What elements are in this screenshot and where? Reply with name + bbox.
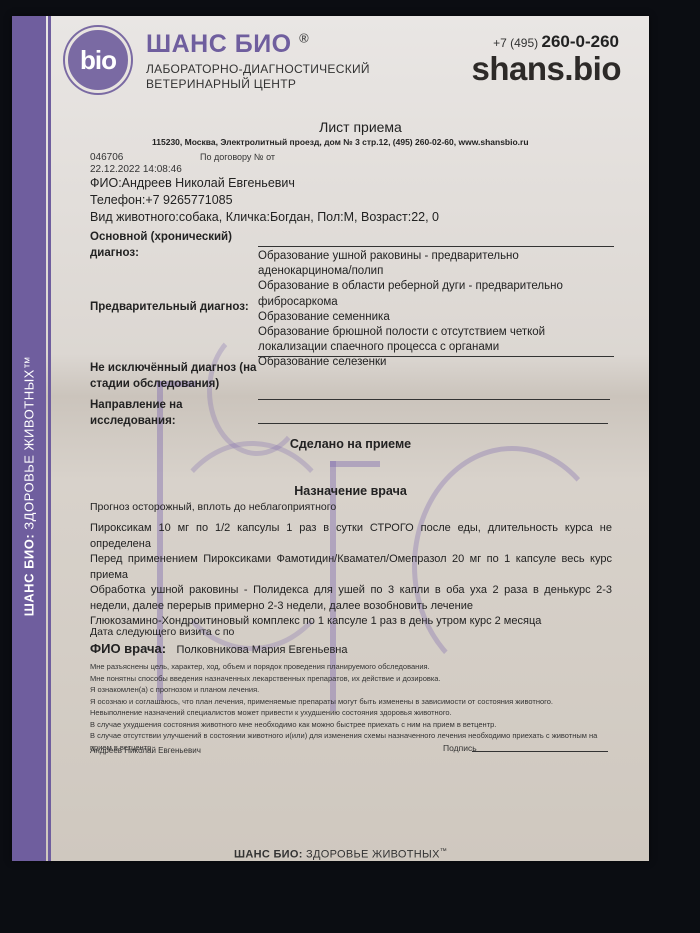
prognosis: Прогноз осторожный, вплоть до неблагопри… xyxy=(90,500,612,516)
consent-line: В случае ухудшения состояния животного м… xyxy=(90,719,620,731)
preliminary-diagnosis-list: Образование ушной раковины - предварител… xyxy=(258,249,612,371)
not-excluded-diagnosis-line xyxy=(258,399,610,400)
prescription-item: Перед применением Пироксиками Фамотидин/… xyxy=(90,552,612,583)
main-diagnosis-line xyxy=(258,246,614,247)
diagnosis-item: Образование семенника xyxy=(258,310,612,325)
clinic-website: shans.bio xyxy=(471,50,621,88)
document-number: 046706 xyxy=(90,152,123,163)
referral-label: Направление на исследования: xyxy=(90,397,200,429)
prescription-item: Обработка ушной раковины - Полидекса для… xyxy=(90,583,612,614)
consent-text: Мне разъяснены цель, характер, ход, объе… xyxy=(90,661,620,753)
consent-line: Мне разъяснены цель, характер, ход, объе… xyxy=(90,661,620,673)
diagnosis-item: Образование ушной раковины - предварител… xyxy=(258,249,612,279)
diagnosis-item: Образование селезенки xyxy=(258,355,612,370)
footer-slogan: ШАНС БИО: ЗДОРОВЬЕ ЖИВОТНЫХ™ xyxy=(234,848,447,861)
animal-info: Вид животного:собака, Кличка:Богдан, Пол… xyxy=(90,210,439,224)
clinic-address: 115230, Москва, Электролитный проезд, до… xyxy=(152,137,529,147)
diagnosis-item: Образование в области реберной дуги - пр… xyxy=(258,279,612,309)
preliminary-diagnosis-line xyxy=(258,356,614,357)
main-diagnosis-label: Основной (хронический) диагноз: xyxy=(90,229,260,261)
document-title: Лист приема xyxy=(12,119,649,135)
watermark-shape xyxy=(330,461,380,467)
owner-phone: Телефон:+7 9265771085 xyxy=(90,193,233,207)
owner-signature-name: Андреев Николай Евгеньевич xyxy=(90,746,201,755)
section-done-title: Сделано на приеме xyxy=(12,437,649,451)
owner-name: ФИО:Андреев Николай Евгеньевич xyxy=(90,176,295,190)
clinic-phone: +7 (495) 260-0-260 xyxy=(493,32,619,52)
consent-line: Невыполнение назначений специалистов мож… xyxy=(90,707,620,719)
document-sheet: ШАНС БИО: ЗДОРОВЬЕ ЖИВОТНЫХ™ bio ШАНС БИ… xyxy=(12,16,649,861)
next-visit: Дата следующего визита с по xyxy=(90,626,234,638)
contract-number: По договору № от xyxy=(200,152,275,162)
consent-line: Я осознаю и соглашаюсь, что план лечения… xyxy=(90,696,620,708)
referral-line xyxy=(258,423,608,424)
not-excluded-diagnosis-label: Не исключённый диагноз (на стадии обслед… xyxy=(90,360,270,392)
brand-name: ШАНС БИО ® xyxy=(146,30,309,59)
prescription-list: Пироксикам 10 мг по 1/2 капсулы 1 раз в … xyxy=(90,521,612,630)
document-datetime: 22.12.2022 14:08:46 xyxy=(90,164,182,175)
brand-subtitle: ЛАБОРАТОРНО-ДИАГНОСТИЧЕСКИЙВЕТЕРИНАРНЫЙ … xyxy=(146,62,370,92)
consent-line: Я ознакомлен(а) с прогнозом и планом леч… xyxy=(90,684,620,696)
section-prescription-title: Назначение врача xyxy=(12,484,649,498)
preliminary-diagnosis-label: Предварительный диагноз: xyxy=(90,299,249,315)
consent-line: Мне понятны способы введения назначенных… xyxy=(90,673,620,685)
prescription-item: Пироксикам 10 мг по 1/2 капсулы 1 раз в … xyxy=(90,521,612,552)
logo: bio xyxy=(65,27,131,93)
doctor: ФИО врача: Полковникова Мария Евгеньевна xyxy=(90,641,348,656)
signature-line[interactable] xyxy=(472,751,608,752)
diagnosis-item: Образование брюшной полости с отсутствие… xyxy=(258,325,612,355)
